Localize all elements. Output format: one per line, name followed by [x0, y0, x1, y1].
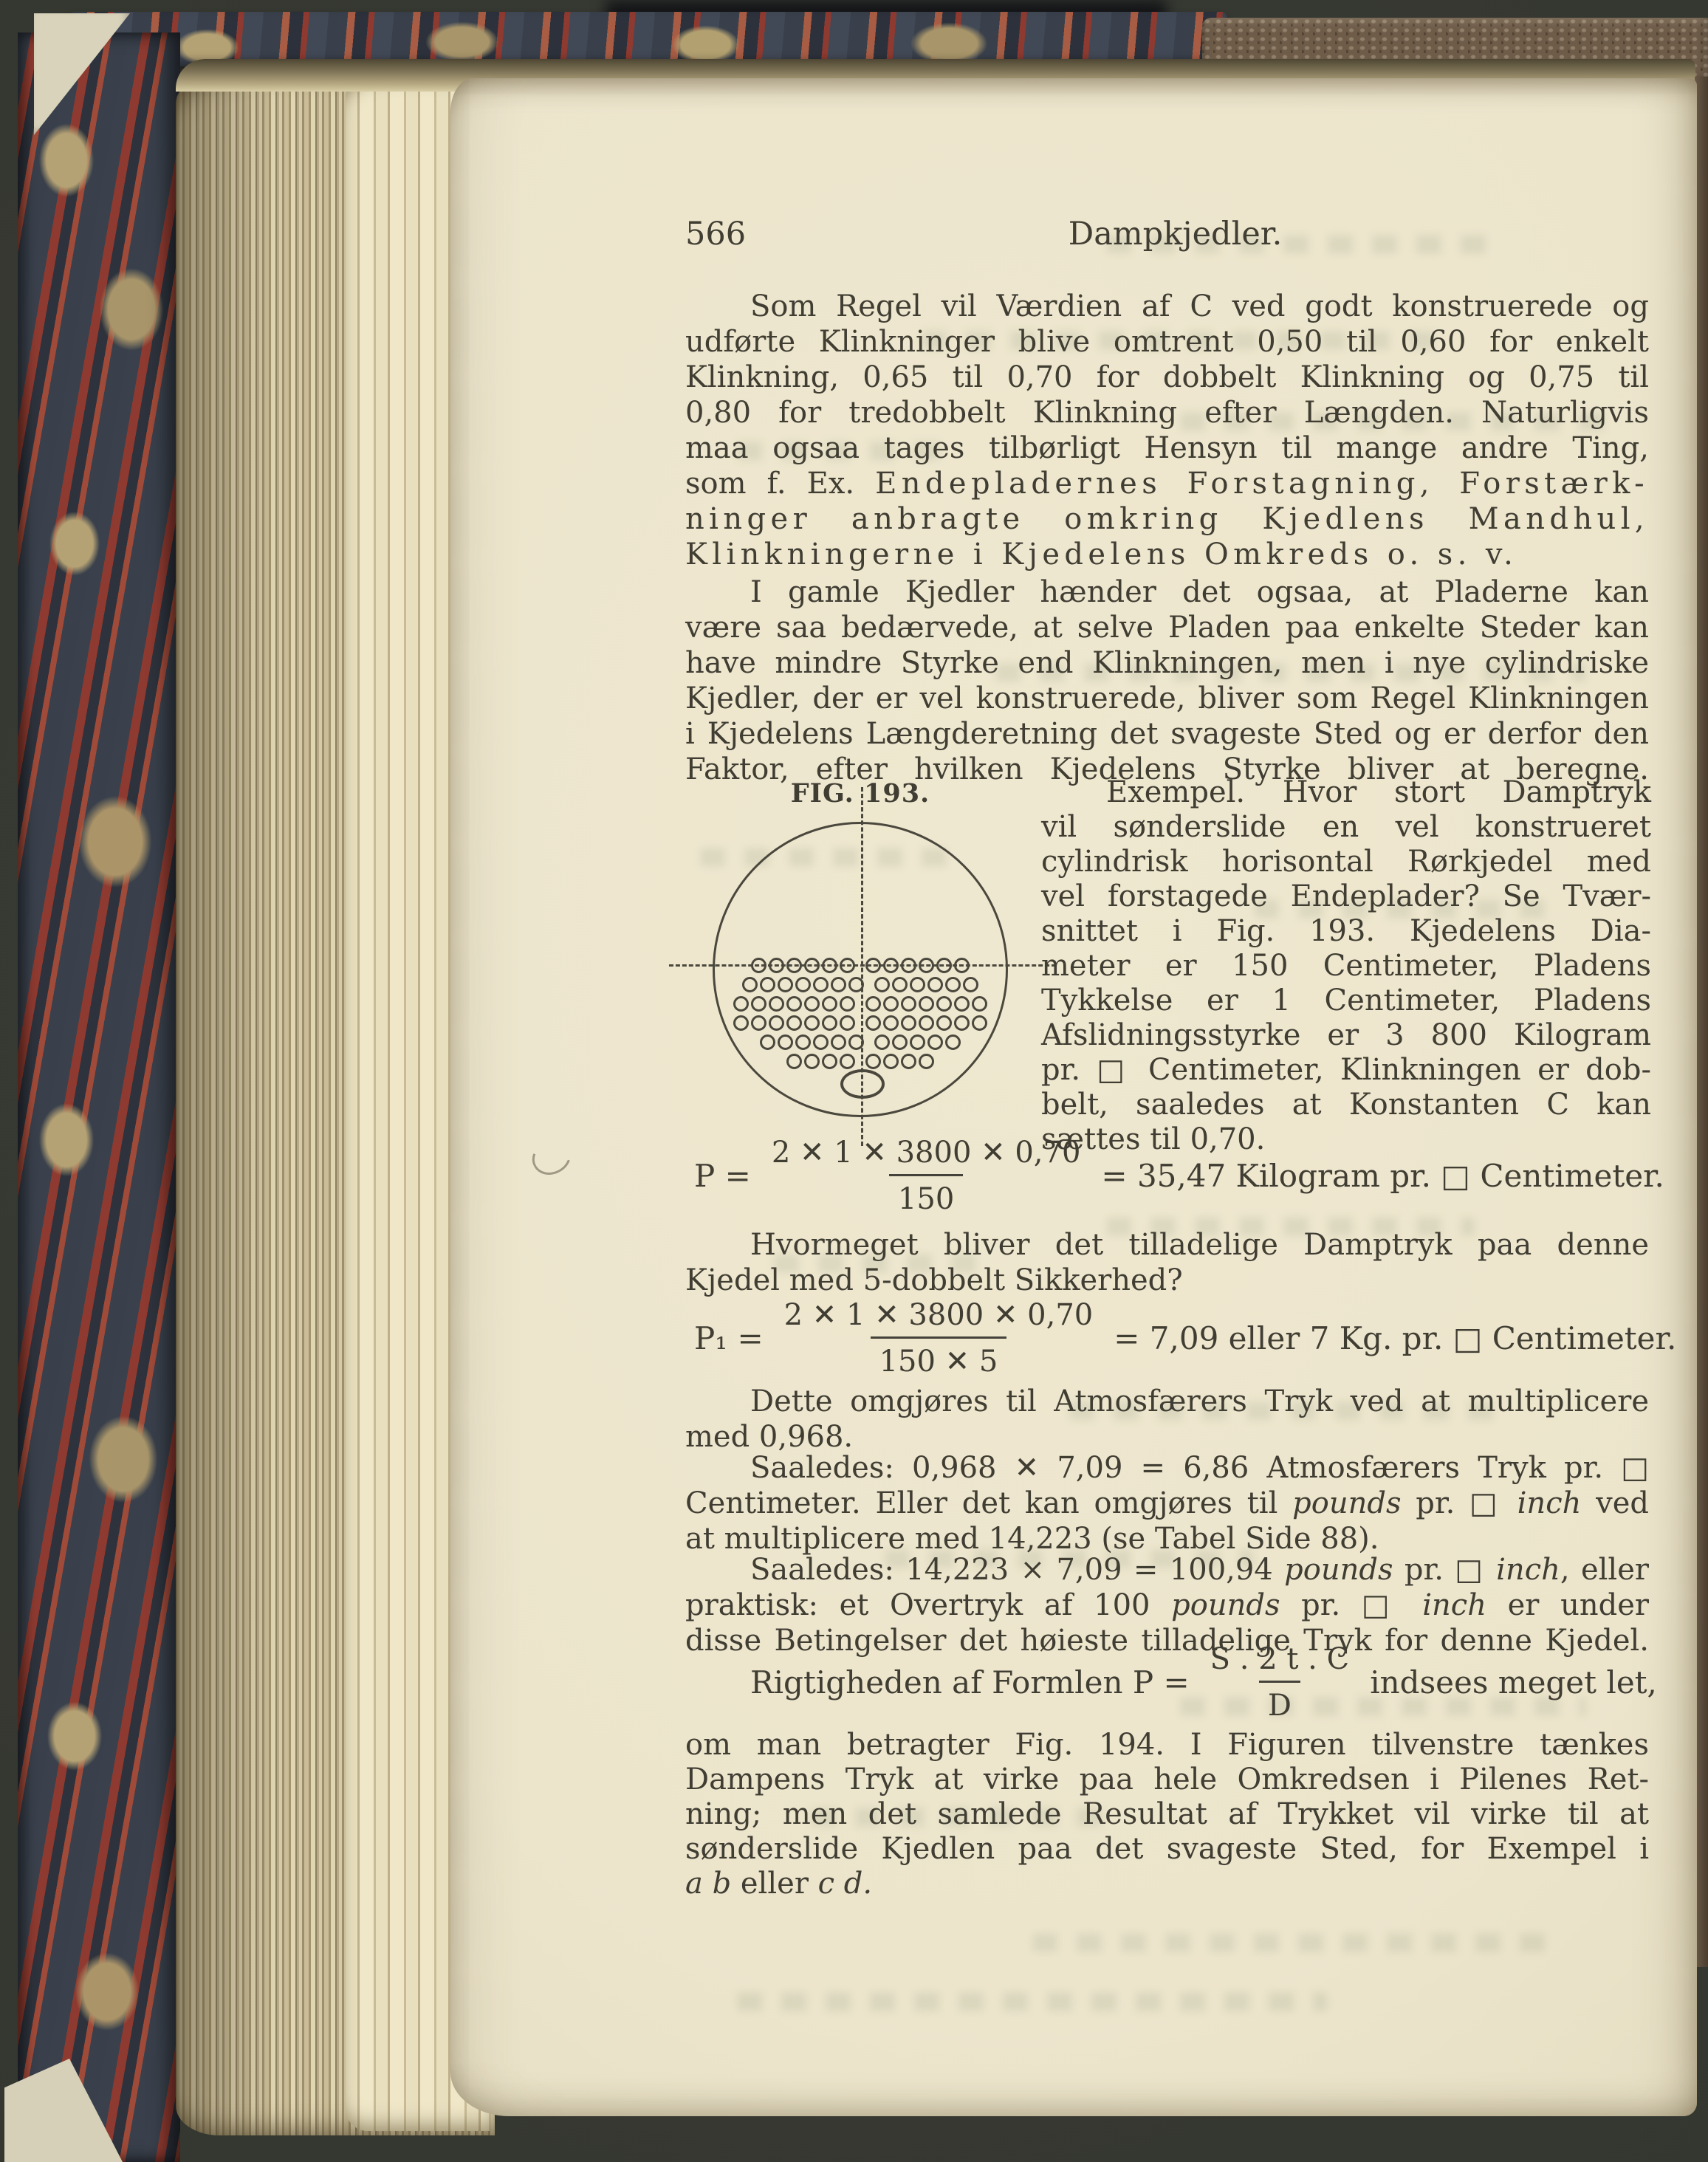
tube-hole [945, 1034, 961, 1050]
text-line: ninger anbragte omkring Kjedlens Mandhul… [685, 501, 1649, 537]
tube-hole [919, 958, 934, 973]
tube-hole [769, 996, 784, 1012]
text-line: cylindrisk horisontal Rørkjedel med [1041, 845, 1651, 879]
tube-hole [919, 1015, 934, 1031]
text-line: snittet i Fig. 193. Kjedelens Dia- [1041, 914, 1651, 949]
tube-hole [865, 1054, 881, 1069]
text-line: belt, saaledes at Konstanten C kan [1041, 1088, 1651, 1122]
tube-hole [804, 1015, 820, 1031]
tube-hole [751, 1015, 766, 1031]
book-page: 566 Dampkjedler. Som Regel vil Værdien a… [450, 78, 1697, 2116]
fraction-denominator: 150 [889, 1174, 963, 1216]
text-line: med 0,968. [685, 1419, 1649, 1455]
tube-hole [848, 1034, 864, 1050]
tube-hole [865, 1015, 881, 1031]
tube-hole [910, 1034, 925, 1050]
text-line: 0,80 for tredobbelt Klinkning efter Læng… [685, 395, 1649, 430]
tube-hole [778, 977, 793, 992]
tube-hole [769, 1015, 784, 1031]
tube-hole [848, 977, 864, 992]
formula-result: = 35,47 Kilogram pr. □ Centimeter. [1101, 1158, 1664, 1194]
text-line: Exempel. Hvor stort Damptryk [1041, 775, 1651, 810]
text-line: Afslidningsstyrke er 3 800 Kilogram [1041, 1018, 1651, 1053]
tube-hole [840, 1015, 855, 1031]
page-number: 566 [685, 216, 746, 253]
paragraph: Som Regel vil Værdien af C ved godt kons… [685, 289, 1649, 572]
tube-hole [919, 996, 934, 1012]
tube-hole [936, 996, 952, 1012]
tube-hole [840, 958, 855, 973]
text-line: Dette omgjøres til Atmosfærers Tryk ved … [685, 1384, 1649, 1419]
tube-hole [822, 958, 837, 973]
tube-hole [874, 1034, 890, 1050]
tube-hole [751, 996, 766, 1012]
tube-hole [972, 1015, 987, 1031]
formula-post-text: indsees meget let, [1370, 1664, 1657, 1701]
tube-hole [874, 977, 890, 992]
fraction: 2 ✕ 1 ✕ 3800 ✕ 0,70 150 ✕ 5 [775, 1298, 1102, 1379]
fraction-denominator: D [1259, 1681, 1300, 1723]
manhole-oval [840, 1069, 885, 1099]
fraction-numerator: 2 ✕ 1 ✕ 3800 ✕ 0,70 [763, 1136, 1090, 1174]
tube-hole [901, 1015, 916, 1031]
tube-hole [927, 1034, 943, 1050]
tube-hole [804, 958, 820, 973]
tube-hole [742, 977, 758, 992]
stray-pen-mark [526, 1133, 577, 1181]
tube-hole [769, 958, 784, 973]
tube-hole [786, 996, 802, 1012]
fraction-numerator: 2 ✕ 1 ✕ 3800 ✕ 0,70 [775, 1298, 1102, 1336]
tube-hole [760, 1034, 775, 1050]
tube-hole [892, 1034, 908, 1050]
tube-hole [954, 958, 970, 973]
text-line: maa ogsaa tages tilbørligt Hensyn til ma… [685, 430, 1649, 466]
text-line: Hvormeget bliver det tilladelige Damptry… [685, 1227, 1649, 1263]
text-line: Dampens Tryk at virke paa hele Omkredsen… [685, 1763, 1649, 1797]
text-line: at multiplicere med 14,223 (se Tabel Sid… [685, 1521, 1649, 1557]
tube-hole [778, 1034, 793, 1050]
tube-hole [760, 977, 775, 992]
text-line: Klinkning, 0,65 til 0,70 for dobbelt Kli… [685, 360, 1649, 395]
text-line: som f. Ex. Endepladernes Forstagning, Fo… [685, 466, 1649, 501]
formula-pre-text: Rigtigheden af Formlen P = [750, 1664, 1190, 1701]
tube-hole [910, 977, 925, 992]
boiler-cross-section-figure [713, 822, 1008, 1117]
tube-hole [936, 958, 952, 973]
tube-hole [883, 996, 899, 1012]
formula-validity: Rigtigheden af Formlen P = S . 2 t . C D… [750, 1642, 1657, 1723]
text-line: pr. □ Centimeter, Klinkningen er dob- [1041, 1053, 1651, 1088]
tube-hole [733, 1015, 749, 1031]
tube-hole [972, 996, 987, 1012]
fraction-denominator: 150 ✕ 5 [871, 1336, 1007, 1379]
tube-hole [883, 958, 899, 973]
page-header: 566 Dampkjedler. [685, 216, 1649, 253]
formula-lhs: P₁ = [694, 1320, 764, 1356]
tube-hole [751, 958, 766, 973]
tube-hole [831, 1034, 846, 1050]
tube-row [715, 977, 1006, 992]
tube-hole [919, 1054, 934, 1069]
tube-hole [901, 996, 916, 1012]
tube-hole [901, 958, 916, 973]
text-line: a b eller c d. [685, 1867, 1649, 1901]
paragraph: Dette omgjøres til Atmosfærers Tryk ved … [685, 1384, 1649, 1455]
tube-hole [840, 996, 855, 1012]
tube-hole [786, 1054, 802, 1069]
tube-hole [901, 1054, 916, 1069]
paragraph: Hvormeget bliver det tilladelige Damptry… [685, 1227, 1649, 1298]
tube-hole [795, 977, 811, 992]
formula-allowed-pressure: P₁ = 2 ✕ 1 ✕ 3800 ✕ 0,70 150 ✕ 5 = 7,09 … [694, 1298, 1676, 1379]
book-photo-scene: 566 Dampkjedler. Som Regel vil Værdien a… [0, 0, 1708, 2162]
tube-hole [954, 1015, 970, 1031]
tube-hole [936, 1015, 952, 1031]
tube-hole [927, 977, 943, 992]
fraction: 2 ✕ 1 ✕ 3800 ✕ 0,70 150 [763, 1136, 1090, 1216]
text-line: meter er 150 Centimeter, Pladens [1041, 949, 1651, 984]
text-line: vel forstagede Endeplader? Se Tvær- [1041, 879, 1651, 914]
text-line: have mindre Styrke end Klinkningen, men … [685, 645, 1649, 681]
text-line: udførte Klinkninger blive omtrent 0,50 t… [685, 324, 1649, 360]
tube-row [715, 1054, 1006, 1069]
tube-hole [865, 958, 881, 973]
text-line: sønderslide Kjedlen paa det svageste Ste… [685, 1832, 1649, 1867]
formula-result: = 7,09 eller 7 Kg. pr. □ Centimeter. [1114, 1320, 1676, 1356]
tube-hole [804, 1054, 820, 1069]
tube-hole [831, 977, 846, 992]
text-line: Som Regel vil Værdien af C ved godt kons… [685, 289, 1649, 324]
tube-hole [733, 996, 749, 1012]
text-line: Centimeter. Eller det kan omgjøres til p… [685, 1486, 1649, 1521]
tube-hole [822, 996, 837, 1012]
text-line: Kjedler, der er vel konstruerede, bliver… [685, 681, 1649, 716]
text-line: ning; men det samlede Resultat af Trykke… [685, 1797, 1649, 1832]
tube-hole [795, 1034, 811, 1050]
text-line: Tykkelse er 1 Centimeter, Pladens [1041, 984, 1651, 1018]
text-line: i Kjedelens Længderetning det svageste S… [685, 716, 1649, 752]
tube-hole [822, 1054, 837, 1069]
tube-hole [883, 1054, 899, 1069]
tube-hole [786, 1015, 802, 1031]
tube-row [715, 958, 1006, 973]
marbled-cover-top-edge [68, 12, 1227, 66]
paragraph: Saaledes: 0,968 ✕ 7,09 = 6,86 Atmosfærer… [685, 1450, 1649, 1557]
tube-hole [804, 996, 820, 1012]
tube-hole [945, 977, 961, 992]
tube-hole [786, 958, 802, 973]
text-line: I gamle Kjedler hænder det ogsaa, at Pla… [685, 574, 1649, 610]
text-line: Kjedel med 5-dobbelt Sikkerhed? [685, 1263, 1649, 1298]
tube-row [715, 1034, 1006, 1050]
tube-hole [883, 1015, 899, 1031]
text-line: Saaledes: 14,223 × 7,09 = 100,94 pounds … [685, 1552, 1649, 1588]
formula-pressure: P = 2 ✕ 1 ✕ 3800 ✕ 0,70 150 = 35,47 Kilo… [694, 1136, 1664, 1216]
tube-row [715, 996, 1006, 1012]
tube-hole [813, 977, 829, 992]
fraction: S . 2 t . C D [1201, 1642, 1359, 1723]
bleed-through-ghost [1032, 1933, 1549, 1952]
text-line: praktisk: et Overtryk af 100 pounds pr. … [685, 1588, 1649, 1623]
text-line: vil sønderslide en vel konstrueret [1041, 810, 1651, 845]
formula-lhs: P = [694, 1158, 751, 1194]
bleed-through-ghost [737, 1992, 1328, 2011]
paragraph-beside-figure: Exempel. Hvor stort Damptrykvil søndersl… [1041, 775, 1651, 1157]
tube-hole [840, 1054, 855, 1069]
text-line: Klinkningerne i Kjedelens Omkreds o. s. … [685, 537, 1649, 572]
fraction-numerator: S . 2 t . C [1201, 1642, 1359, 1681]
tube-hole [813, 1034, 829, 1050]
tube-hole [892, 977, 908, 992]
marbled-cover-left-edge [18, 32, 180, 2162]
tube-hole [963, 977, 978, 992]
tube-holes [715, 958, 1006, 1073]
paragraph: om man betragter Fig. 194. I Figuren til… [685, 1728, 1649, 1901]
paragraph: I gamle Kjedler hænder det ogsaa, at Pla… [685, 574, 1649, 787]
text-line: om man betragter Fig. 194. I Figuren til… [685, 1728, 1649, 1763]
tube-hole [865, 996, 881, 1012]
tube-hole [954, 996, 970, 1012]
text-line: være saa bedærvede, at selve Pladen paa … [685, 610, 1649, 645]
text-line: Saaledes: 0,968 ✕ 7,09 = 6,86 Atmosfærer… [685, 1450, 1649, 1486]
tube-hole [822, 1015, 837, 1031]
running-title: Dampkjedler. [746, 216, 1649, 253]
tube-row [715, 1015, 1006, 1031]
figure-caption: FIG. 193. [713, 778, 1008, 809]
